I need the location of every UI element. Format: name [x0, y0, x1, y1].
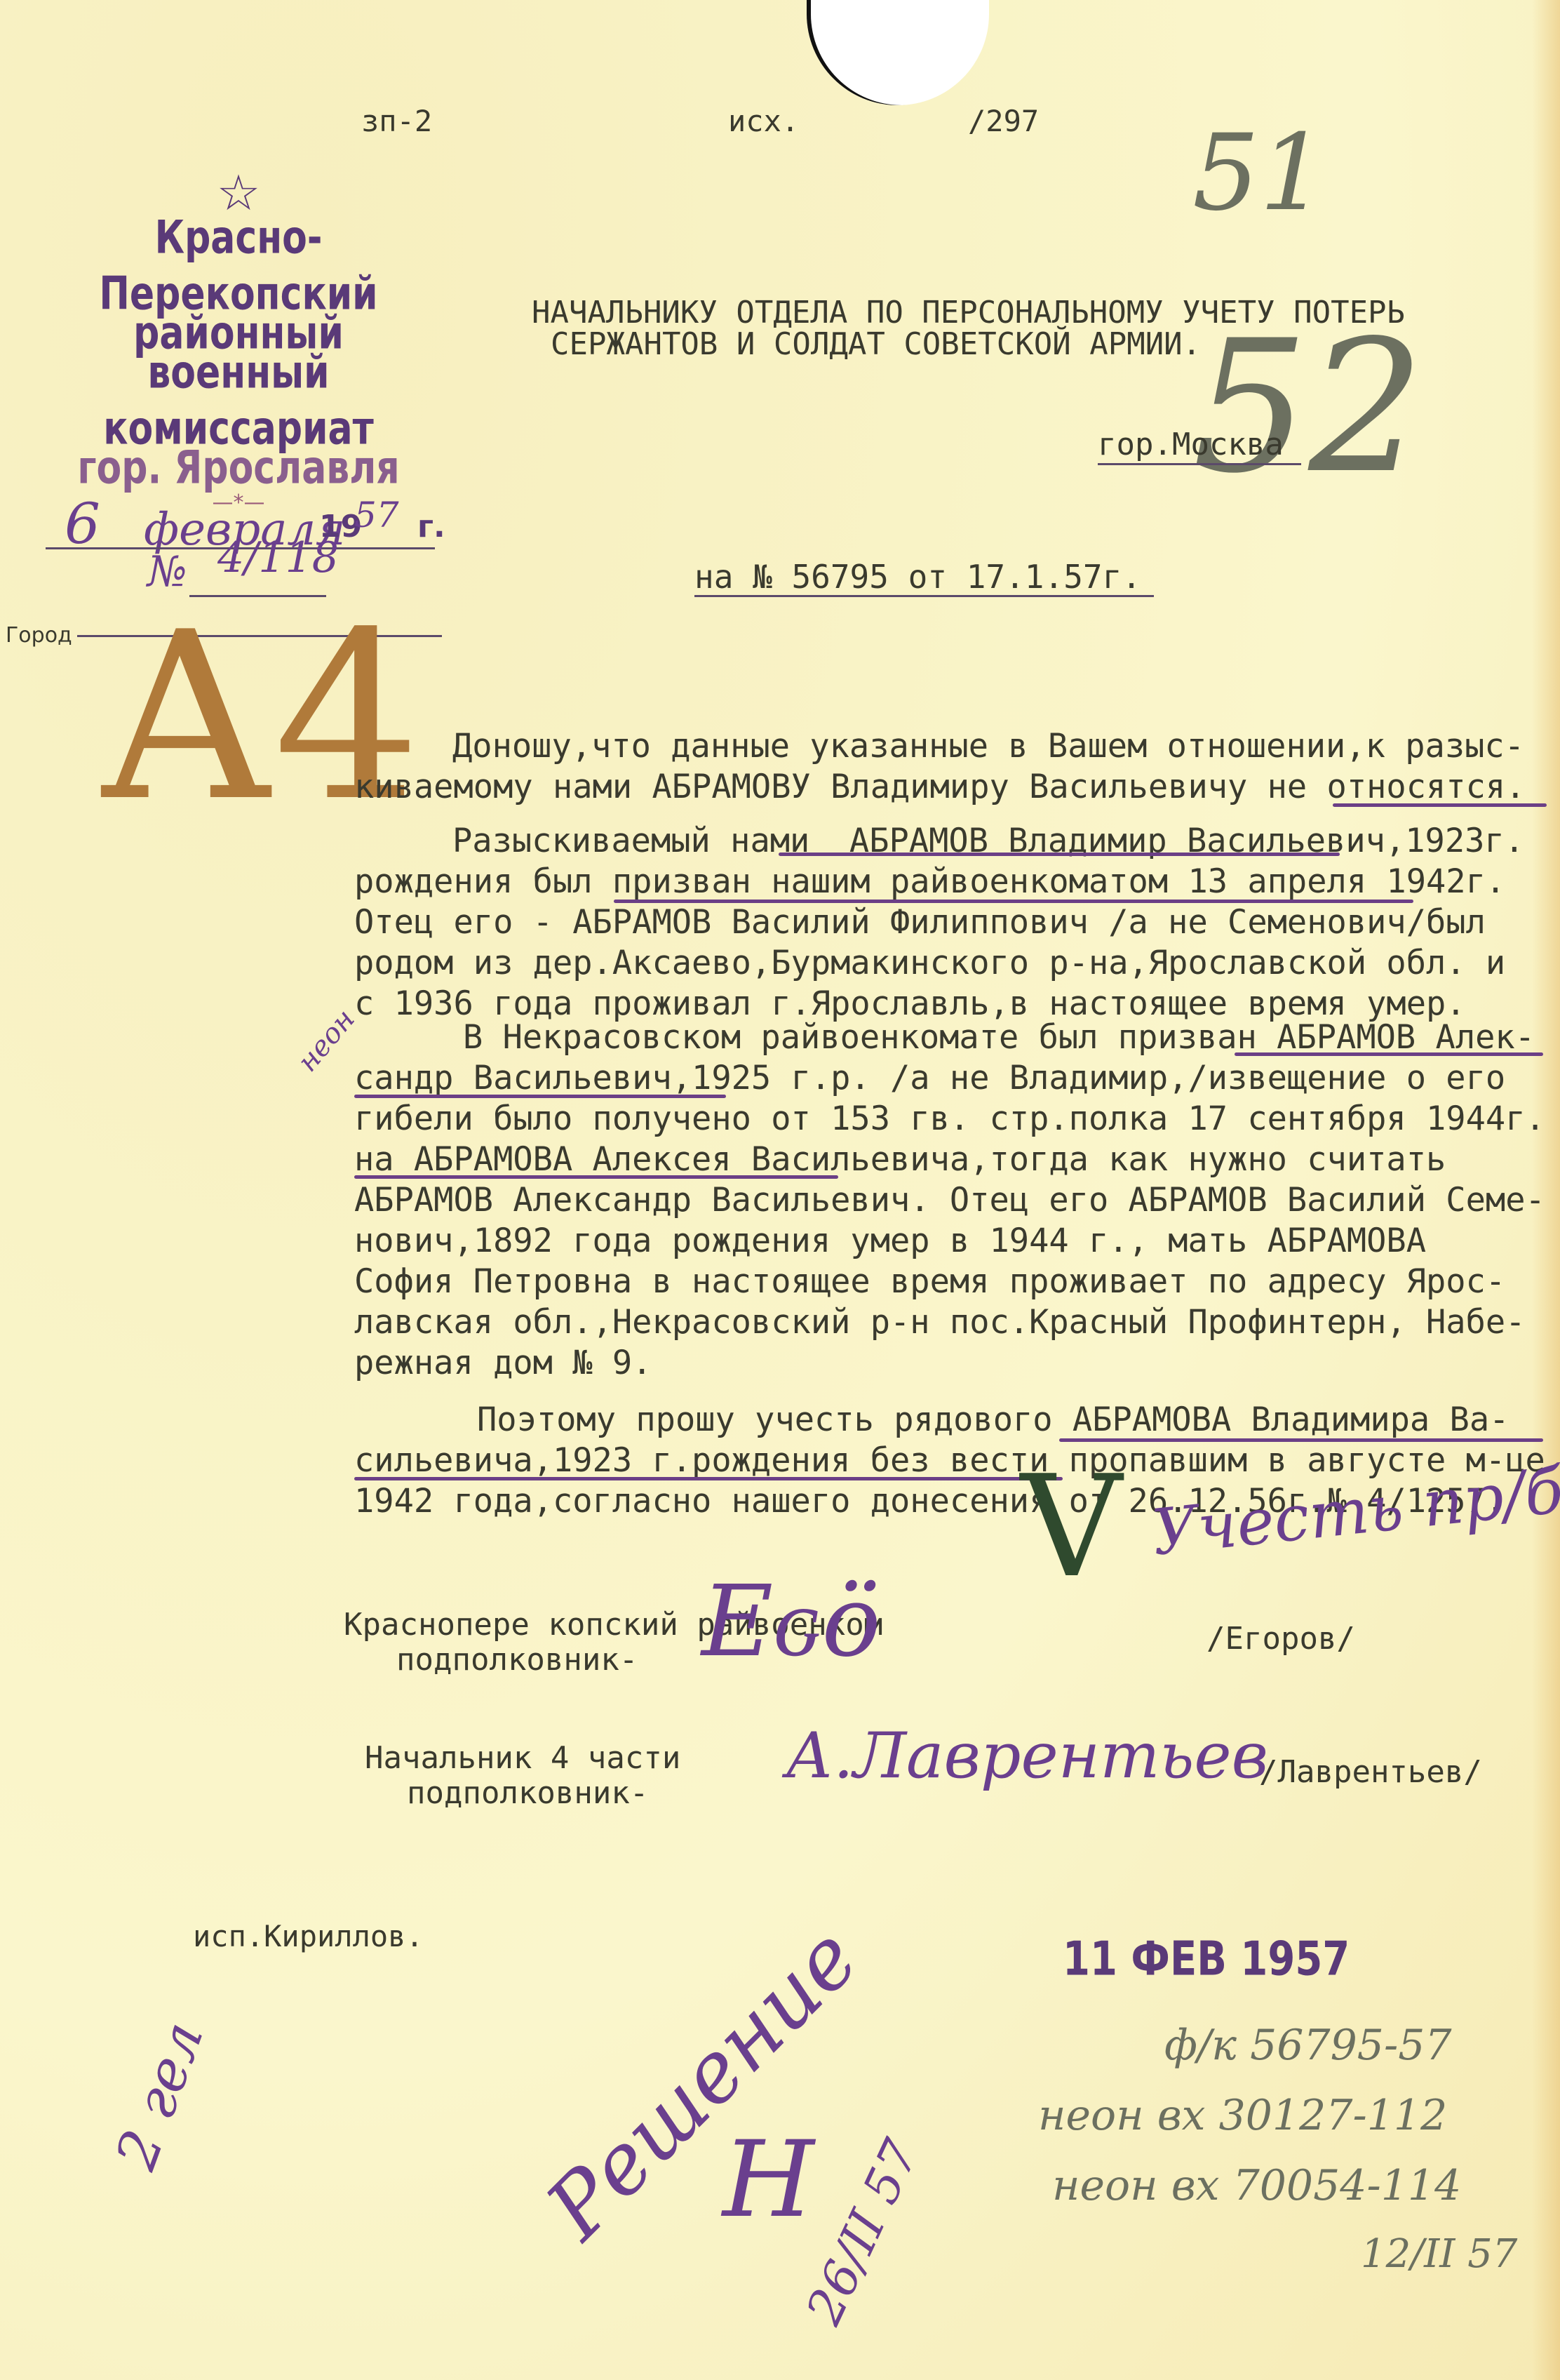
signatory-rank: подполковник-: [407, 1775, 648, 1811]
checkmark-icon: V: [1021, 1445, 1122, 1609]
page-number-1: 51: [1192, 112, 1326, 234]
stamp-line-4: гор. Ярославля: [42, 440, 435, 496]
date-year-mark: г.: [417, 509, 445, 544]
punch-hole: [807, 0, 989, 105]
page-number-2: 52: [1192, 302, 1425, 514]
reference-line: на № 56795 от 17.1.57г.: [694, 558, 1141, 596]
text-line: рождения был призван нашим райвоенкомато…: [354, 862, 1505, 902]
margin-note: неон: [291, 1003, 361, 1078]
text-line: Доношу,что данные указанные в Вашем отно…: [452, 726, 1524, 767]
ref-line-3: неон вх 70054-114: [1052, 2161, 1461, 2210]
addressee-line-2: СЕРЖАНТОВ И СОЛДАТ СОВЕТСКОЙ АРМИИ.: [551, 326, 1201, 362]
decision-date: 26/II 57: [795, 2131, 929, 2333]
text-line: режная дом № 9.: [354, 1343, 652, 1384]
signatory-name: /Лаврентьев/: [1259, 1754, 1482, 1790]
left-bottom-note: 2 гел: [103, 2014, 216, 2178]
ref-line-1: ф/к 56795-57: [1164, 2021, 1452, 2070]
outgoing-ref-suffix: /297: [968, 104, 1039, 138]
number-value: 4/118: [217, 533, 339, 582]
text-line: нович,1892 года рождения умер в 1944 г.,…: [354, 1221, 1426, 1262]
signature-scribble: Еԍӧ: [701, 1565, 881, 1679]
decision-note: Решение: [528, 1909, 877, 2258]
text-line: АБРАМОВ Александр Васильевич. Отец его А…: [354, 1180, 1545, 1221]
text-line: родом из дер.Аксаево,Бурмакинского р-на,…: [354, 943, 1505, 984]
text-line: киваемому нами АБРАМОВУ Владимиру Василь…: [354, 767, 1526, 808]
signatory-rank: подполковник-: [396, 1642, 638, 1678]
document-page: зп-2 исх. /297 ☆ Красно-Перекопский райо…: [0, 0, 1560, 2380]
text-line: София Петровна в настоящее время прожива…: [354, 1262, 1505, 1302]
text-line: Поэтому прошу учесть рядового АБРАМОВА В…: [477, 1400, 1509, 1440]
text-line: гибели было получено от 153 гв. стр.полк…: [354, 1099, 1545, 1139]
form-code: зп-2: [361, 104, 432, 138]
signature-handwritten: А.Лаврентьев: [786, 1719, 1268, 1793]
commissariat-stamp: ☆ Красно-Перекопский районный военный ко…: [42, 165, 435, 515]
corner-mark: А4: [98, 582, 421, 852]
signatory-title: Начальник 4 части: [365, 1740, 680, 1776]
date-year-suffix: 57: [354, 495, 399, 535]
addressee-line-1: НАЧАЛЬНИКУ ОТДЕЛА ПО ПЕРСОНАЛЬНОМУ УЧЕТУ…: [532, 295, 1405, 330]
text-line: сандр Васильевич,1925 г.р. /а не Владими…: [354, 1058, 1505, 1099]
ref-line-2: неон вх 30127-112: [1038, 2091, 1447, 2140]
executor-line: исп.Кириллов.: [193, 1919, 424, 1953]
signatory-name: /Егоров/: [1206, 1621, 1355, 1657]
ref-line-4: 12/II 57: [1361, 2231, 1517, 2277]
text-line: Отец его - АБРАМОВ Василий Филиппович /а…: [354, 902, 1486, 943]
received-stamp: 11 ФЕВ 1957: [1063, 1932, 1350, 1987]
decision-initial: Н: [722, 2119, 814, 2241]
text-line: на АБРАМОВА Алексея Васильевича,тогда ка…: [354, 1139, 1446, 1180]
city-label: Город: [6, 623, 72, 648]
text-line: лавская обл.,Некрасовский р-н пос.Красны…: [354, 1302, 1526, 1343]
outgoing-ref-prefix: исх.: [728, 104, 799, 138]
addressee-city: гор.Москва: [1098, 427, 1284, 462]
